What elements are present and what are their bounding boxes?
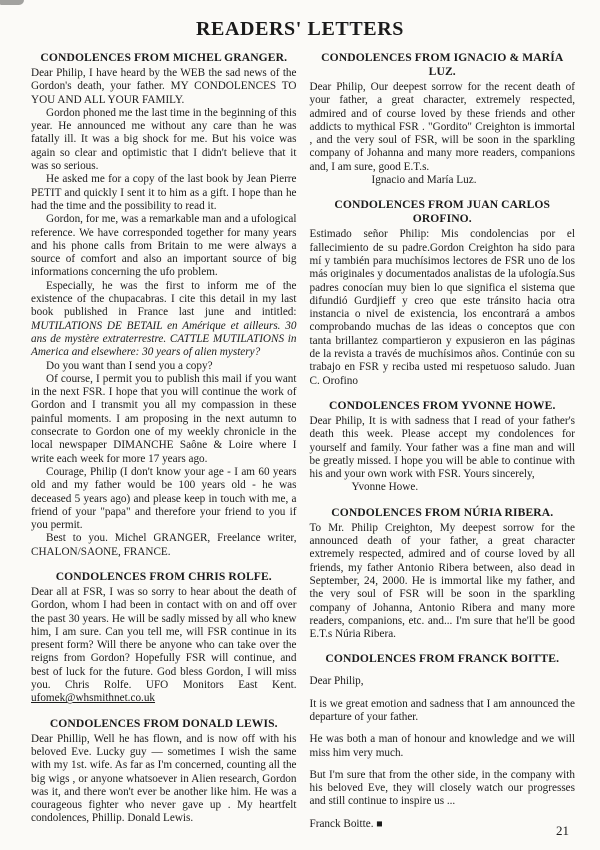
letter-paragraph: Do you want than I send you a copy? (31, 360, 297, 373)
text-segment: He was both a man of honour and knowledg… (310, 733, 576, 758)
text-segment: But I'm sure that from the other side, i… (310, 769, 576, 808)
letter-heading: CONDOLENCES FROM FRANCK BOITTE. (310, 652, 576, 666)
letter-paragraph: Courage, Philip (I don't know your age -… (31, 466, 297, 532)
page-title: READERS' LETTERS (0, 0, 600, 41)
letter: CONDOLENCES FROM YVONNE HOWE.Dear Philip… (310, 399, 576, 495)
letter-paragraph: Dear Philip, I have heard by the WEB the… (31, 67, 297, 107)
text-segment: Gordon, for me, was a remarkable man and… (31, 213, 297, 278)
text-segment: Dear all at FSR, I was so sorry to hear … (31, 586, 297, 691)
letter-paragraph: Gordon, for me, was a remarkable man and… (31, 213, 297, 279)
letter: CONDOLENCES FROM DONALD LEWIS.Dear Phill… (31, 717, 297, 826)
text-segment: Franck Boitte. (310, 818, 377, 830)
right-column: CONDOLENCES FROM IGNACIO & MARÍA LUZ.Dea… (310, 51, 576, 842)
letter-paragraph: Especially, he was the first to inform m… (31, 280, 297, 360)
letter-heading: CONDOLENCES FROM IGNACIO & MARÍA LUZ. (310, 51, 576, 79)
email-address: ufomek@whsmithnet.co.uk (31, 692, 155, 704)
letter-heading: CONDOLENCES FROM DONALD LEWIS. (31, 717, 297, 731)
letter-heading: CONDOLENCES FROM NÚRIA RIBERA. (310, 506, 576, 520)
text-segment: Dear Philip, It is with sadness that I r… (310, 415, 576, 480)
scan-artifact (0, 0, 24, 5)
text-segment: Ignacio and María Luz. (372, 174, 477, 186)
letter-paragraph: But I'm sure that from the other side, i… (310, 769, 576, 809)
letter-paragraph: Yvonne Howe. (310, 481, 576, 494)
text-segment: He asked me for a copy of the last book … (31, 173, 297, 212)
letter-heading: CONDOLENCES FROM MICHEL GRANGER. (31, 51, 297, 65)
letter-paragraph: Dear all at FSR, I was so sorry to hear … (31, 586, 297, 706)
end-of-article-marker: ■ (376, 819, 382, 830)
letter-paragraph: Best to you. Michel GRANGER, Freelance w… (31, 532, 297, 559)
letter-paragraph: He was both a man of honour and knowledg… (310, 733, 576, 760)
letter-paragraph: Dear Philip, It is with sadness that I r… (310, 415, 576, 481)
letter-paragraph: To Mr. Philip Creighton, My deepest sorr… (310, 522, 576, 642)
letter: CONDOLENCES FROM CHRIS ROLFE.Dear all at… (31, 570, 297, 706)
magazine-page: READERS' LETTERS CONDOLENCES FROM MICHEL… (0, 0, 600, 850)
letter-paragraph: Dear Philip, (310, 675, 576, 688)
letter-paragraph: Dear Phillip, Well he has flown, and is … (31, 733, 297, 826)
page-number: 21 (556, 824, 569, 838)
italic-text: MUTILATIONS DE BETAIL en Amérique et ail… (31, 320, 297, 359)
letter-paragraph: Of course, I permit you to publish this … (31, 373, 297, 466)
text-segment: It is we great emotion and sadness that … (310, 698, 576, 723)
letter-heading: CONDOLENCES FROM CHRIS ROLFE. (31, 570, 297, 584)
letter-paragraph: He asked me for a copy of the last book … (31, 173, 297, 213)
letter: CONDOLENCES FROM IGNACIO & MARÍA LUZ.Dea… (310, 51, 576, 187)
text-segment: Courage, Philip (I don't know your age -… (31, 466, 297, 531)
text-segment: Especially, he was the first to inform m… (31, 280, 297, 319)
letter-paragraph: Estimado señor Philip: Mis condolencias … (310, 228, 576, 388)
text-segment: Yvonne Howe. (352, 481, 419, 493)
text-segment: Estimado señor Philip: Mis condolencias … (310, 228, 576, 386)
letter: CONDOLENCES FROM JUAN CARLOS OROFINO.Est… (310, 198, 576, 388)
letter-paragraph: Dear Philip, Our deepest sorrow for the … (310, 81, 576, 174)
text-segment: Of course, I permit you to publish this … (31, 373, 297, 465)
text-segment: Gordon phoned me the last time in the be… (31, 107, 297, 172)
text-segment: Dear Philip, I have heard by the WEB the… (31, 67, 297, 106)
letter-heading: CONDOLENCES FROM YVONNE HOWE. (310, 399, 576, 413)
text-segment: To Mr. Philip Creighton, My deepest sorr… (310, 522, 576, 640)
letter-paragraph: It is we great emotion and sadness that … (310, 698, 576, 725)
letter: CONDOLENCES FROM FRANCK BOITTE.Dear Phil… (310, 652, 576, 831)
letter-paragraph: Franck Boitte. ■ (310, 818, 576, 831)
letter-heading: CONDOLENCES FROM JUAN CARLOS OROFINO. (310, 198, 576, 226)
letter-paragraph: Gordon phoned me the last time in the be… (31, 107, 297, 173)
letter: CONDOLENCES FROM MICHEL GRANGER.Dear Phi… (31, 51, 297, 559)
text-segment: Dear Phillip, Well he has flown, and is … (31, 733, 297, 825)
text-segment: Do you want than I send you a copy? (46, 360, 213, 372)
text-segment: Best to you. Michel GRANGER, Freelance w… (31, 532, 297, 557)
left-column: CONDOLENCES FROM MICHEL GRANGER.Dear Phi… (31, 51, 297, 837)
letter-paragraph: Ignacio and María Luz. (310, 174, 576, 187)
letter: CONDOLENCES FROM NÚRIA RIBERA.To Mr. Phi… (310, 506, 576, 642)
text-segment: Dear Philip, (310, 675, 364, 687)
text-segment: Dear Philip, Our deepest sorrow for the … (310, 81, 576, 173)
letters-columns: CONDOLENCES FROM MICHEL GRANGER.Dear Phi… (0, 41, 600, 842)
